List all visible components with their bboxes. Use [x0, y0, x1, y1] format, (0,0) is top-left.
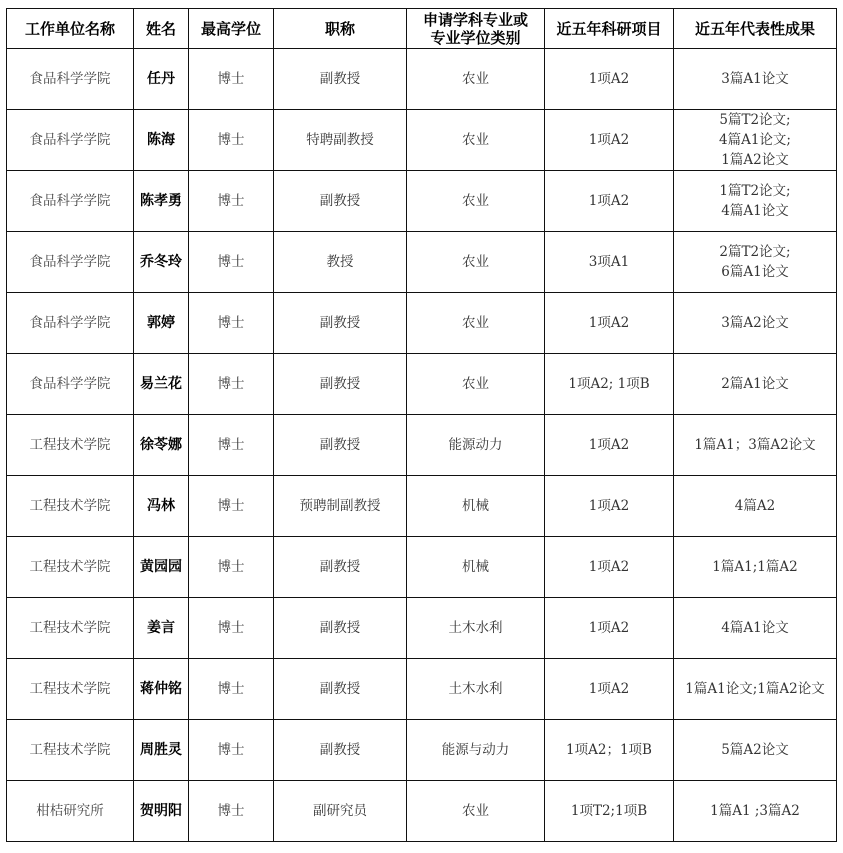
discipline-cell: 机械	[407, 476, 545, 537]
table-row: 食品科学学院易兰花博士副教授农业1项A2; 1项B2篇A1论文	[7, 354, 837, 415]
projects-cell: 1项A2	[545, 110, 674, 171]
table-row: 食品科学学院任丹博士副教授农业1项A23篇A1论文	[7, 49, 837, 110]
table-body: 食品科学学院任丹博士副教授农业1项A23篇A1论文食品科学学院陈海博士特聘副教授…	[7, 49, 837, 842]
degree-cell: 博士	[189, 598, 274, 659]
discipline-cell: 农业	[407, 232, 545, 293]
table-row: 食品科学学院陈孝勇博士副教授农业1项A21篇T2论文;4篇A1论文	[7, 171, 837, 232]
achievements-cell: 2篇A1论文	[674, 354, 837, 415]
discipline-cell: 农业	[407, 293, 545, 354]
achievement-line: 1篇A1论文;1篇A2论文	[676, 679, 834, 699]
table-row: 工程技术学院冯林博士预聘制副教授机械1项A24篇A2	[7, 476, 837, 537]
unit-cell: 工程技术学院	[7, 720, 134, 781]
achievement-line: 2篇T2论文;	[676, 242, 834, 262]
discipline-cell: 农业	[407, 171, 545, 232]
achievement-line: 3篇A1论文	[676, 69, 834, 89]
unit-cell: 食品科学学院	[7, 49, 134, 110]
achievement-line: 4篇A1论文	[676, 201, 834, 221]
achievement-line: 2篇A1论文	[676, 374, 834, 394]
achievement-line: 4篇A1论文;	[676, 130, 834, 150]
table-row: 工程技术学院蒋仲铭博士副教授土木水利1项A21篇A1论文;1篇A2论文	[7, 659, 837, 720]
achievements-cell: 5篇T2论文;4篇A1论文;1篇A2论文	[674, 110, 837, 171]
projects-cell: 1项A2	[545, 659, 674, 720]
table-row: 工程技术学院黄园园博士副教授机械1项A21篇A1;1篇A2	[7, 537, 837, 598]
discipline-cell: 农业	[407, 110, 545, 171]
unit-cell: 柑桔研究所	[7, 781, 134, 842]
title-cell: 副教授	[274, 659, 407, 720]
degree-cell: 博士	[189, 781, 274, 842]
title-cell: 教授	[274, 232, 407, 293]
unit-cell: 食品科学学院	[7, 171, 134, 232]
achievement-line: 1篇A1;1篇A2	[676, 557, 834, 577]
projects-cell: 1项A2	[545, 415, 674, 476]
name-cell: 乔冬玲	[134, 232, 189, 293]
header-projects: 近五年科研项目	[545, 9, 674, 49]
achievements-cell: 1篇A1；3篇A2论文	[674, 415, 837, 476]
table-row: 食品科学学院陈海博士特聘副教授农业1项A25篇T2论文;4篇A1论文;1篇A2论…	[7, 110, 837, 171]
unit-cell: 工程技术学院	[7, 415, 134, 476]
projects-cell: 1项A2	[545, 49, 674, 110]
unit-cell: 食品科学学院	[7, 293, 134, 354]
achievement-line: 5篇A2论文	[676, 740, 834, 760]
table-header-row: 工作单位名称 姓名 最高学位 职称 申请学科专业或 专业学位类别 近五年科研项目…	[7, 9, 837, 49]
name-cell: 陈海	[134, 110, 189, 171]
achievements-cell: 3篇A1论文	[674, 49, 837, 110]
header-title: 职称	[274, 9, 407, 49]
degree-cell: 博士	[189, 171, 274, 232]
achievement-line: 1篇A1；3篇A2论文	[676, 435, 834, 455]
discipline-cell: 能源与动力	[407, 720, 545, 781]
header-discipline-line1: 申请学科专业或	[409, 11, 542, 29]
achievement-line: 1篇T2论文;	[676, 181, 834, 201]
degree-cell: 博士	[189, 415, 274, 476]
header-discipline-line2: 专业学位类别	[409, 29, 542, 47]
name-cell: 贺明阳	[134, 781, 189, 842]
achievement-line: 4篇A2	[676, 496, 834, 516]
unit-cell: 工程技术学院	[7, 537, 134, 598]
degree-cell: 博士	[189, 110, 274, 171]
unit-cell: 食品科学学院	[7, 354, 134, 415]
unit-cell: 工程技术学院	[7, 598, 134, 659]
applicant-table: 工作单位名称 姓名 最高学位 职称 申请学科专业或 专业学位类别 近五年科研项目…	[6, 8, 837, 842]
table-row: 食品科学学院郭婷博士副教授农业1项A23篇A2论文	[7, 293, 837, 354]
title-cell: 副教授	[274, 598, 407, 659]
projects-cell: 1项A2	[545, 171, 674, 232]
achievements-cell: 5篇A2论文	[674, 720, 837, 781]
degree-cell: 博士	[189, 720, 274, 781]
name-cell: 易兰花	[134, 354, 189, 415]
header-degree: 最高学位	[189, 9, 274, 49]
title-cell: 副教授	[274, 171, 407, 232]
unit-cell: 食品科学学院	[7, 110, 134, 171]
achievements-cell: 1篇T2论文;4篇A1论文	[674, 171, 837, 232]
table-row: 工程技术学院周胜灵博士副教授能源与动力1项A2；1项B5篇A2论文	[7, 720, 837, 781]
name-cell: 周胜灵	[134, 720, 189, 781]
unit-cell: 工程技术学院	[7, 659, 134, 720]
unit-cell: 食品科学学院	[7, 232, 134, 293]
title-cell: 特聘副教授	[274, 110, 407, 171]
achievement-line: 5篇T2论文;	[676, 110, 834, 130]
title-cell: 副教授	[274, 537, 407, 598]
degree-cell: 博士	[189, 232, 274, 293]
discipline-cell: 农业	[407, 49, 545, 110]
projects-cell: 1项A2	[545, 476, 674, 537]
achievements-cell: 4篇A1论文	[674, 598, 837, 659]
degree-cell: 博士	[189, 293, 274, 354]
degree-cell: 博士	[189, 354, 274, 415]
name-cell: 任丹	[134, 49, 189, 110]
degree-cell: 博士	[189, 659, 274, 720]
degree-cell: 博士	[189, 537, 274, 598]
header-unit: 工作单位名称	[7, 9, 134, 49]
name-cell: 黄园园	[134, 537, 189, 598]
discipline-cell: 农业	[407, 354, 545, 415]
degree-cell: 博士	[189, 476, 274, 537]
achievements-cell: 2篇T2论文;6篇A1论文	[674, 232, 837, 293]
name-cell: 冯林	[134, 476, 189, 537]
projects-cell: 3项A1	[545, 232, 674, 293]
name-cell: 郭婷	[134, 293, 189, 354]
title-cell: 副教授	[274, 720, 407, 781]
header-achievements: 近五年代表性成果	[674, 9, 837, 49]
table-row: 食品科学学院乔冬玲博士教授农业3项A12篇T2论文;6篇A1论文	[7, 232, 837, 293]
achievement-line: 3篇A2论文	[676, 313, 834, 333]
name-cell: 徐苓娜	[134, 415, 189, 476]
degree-cell: 博士	[189, 49, 274, 110]
achievement-line: 4篇A1论文	[676, 618, 834, 638]
discipline-cell: 农业	[407, 781, 545, 842]
header-name: 姓名	[134, 9, 189, 49]
achievement-line: 6篇A1论文	[676, 262, 834, 282]
title-cell: 预聘制副教授	[274, 476, 407, 537]
name-cell: 姜言	[134, 598, 189, 659]
achievement-line: 1篇A2论文	[676, 150, 834, 170]
unit-cell: 工程技术学院	[7, 476, 134, 537]
table-row: 柑桔研究所贺明阳博士副研究员农业1项T2;1项B1篇A1 ;3篇A2	[7, 781, 837, 842]
name-cell: 蒋仲铭	[134, 659, 189, 720]
achievements-cell: 3篇A2论文	[674, 293, 837, 354]
table-row: 工程技术学院徐苓娜博士副教授能源动力1项A21篇A1；3篇A2论文	[7, 415, 837, 476]
discipline-cell: 能源动力	[407, 415, 545, 476]
achievements-cell: 1篇A1 ;3篇A2	[674, 781, 837, 842]
name-cell: 陈孝勇	[134, 171, 189, 232]
discipline-cell: 机械	[407, 537, 545, 598]
title-cell: 副教授	[274, 354, 407, 415]
discipline-cell: 土木水利	[407, 598, 545, 659]
table-row: 工程技术学院姜言博士副教授土木水利1项A24篇A1论文	[7, 598, 837, 659]
title-cell: 副教授	[274, 293, 407, 354]
header-discipline: 申请学科专业或 专业学位类别	[407, 9, 545, 49]
achievements-cell: 1篇A1;1篇A2	[674, 537, 837, 598]
achievement-line: 1篇A1 ;3篇A2	[676, 801, 834, 821]
projects-cell: 1项T2;1项B	[545, 781, 674, 842]
title-cell: 副教授	[274, 415, 407, 476]
projects-cell: 1项A2; 1项B	[545, 354, 674, 415]
achievements-cell: 4篇A2	[674, 476, 837, 537]
projects-cell: 1项A2	[545, 537, 674, 598]
projects-cell: 1项A2	[545, 293, 674, 354]
title-cell: 副研究员	[274, 781, 407, 842]
title-cell: 副教授	[274, 49, 407, 110]
projects-cell: 1项A2	[545, 598, 674, 659]
discipline-cell: 土木水利	[407, 659, 545, 720]
projects-cell: 1项A2；1项B	[545, 720, 674, 781]
achievements-cell: 1篇A1论文;1篇A2论文	[674, 659, 837, 720]
